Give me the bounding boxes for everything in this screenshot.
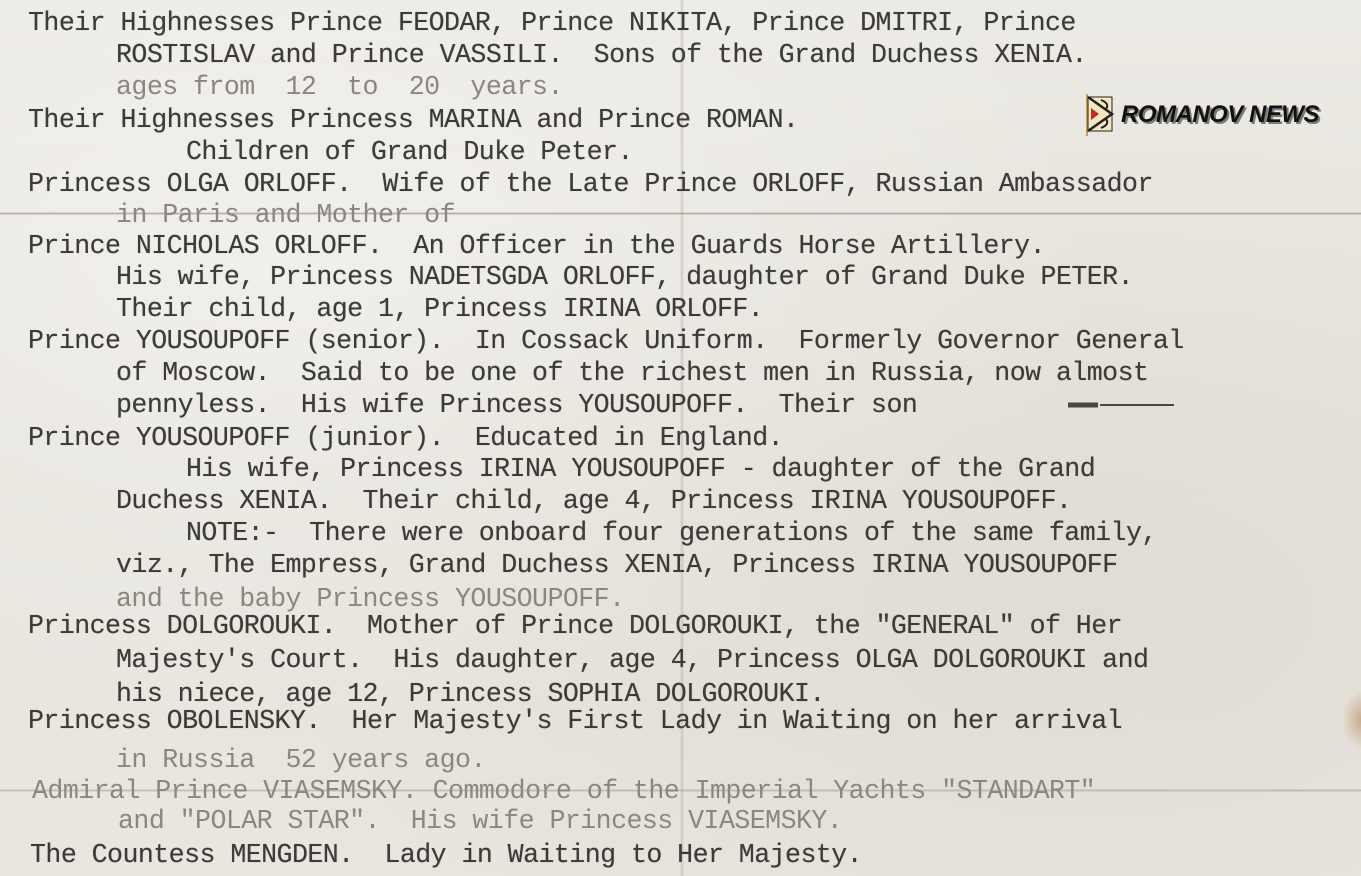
- document-page: Their Highnesses Prince FEODAR, Prince N…: [0, 0, 1361, 876]
- doc-line-20: Princess DOLGOROUKI. Mother of Prince DO…: [28, 611, 1122, 641]
- doc-line-25: Admiral Prince VIASEMSKY. Commodore of t…: [32, 776, 1095, 806]
- doc-line-6: Princess OLGA ORLOFF. Wife of the Late P…: [28, 169, 1153, 199]
- doc-line-17: NOTE:- There were onboard four generatio…: [186, 518, 1157, 548]
- doc-line-12: of Moscow. Said to be one of the richest…: [116, 358, 1148, 388]
- struck-out-text: [1068, 400, 1174, 410]
- doc-line-10: Their child, age 1, Princess IRINA ORLOF…: [116, 294, 763, 324]
- doc-line-11: Prince YOUSOUPOFF (senior). In Cossack U…: [28, 326, 1184, 356]
- doc-line-19: and the baby Princess YOUSOUPOFF.: [116, 584, 625, 614]
- imperial-standard-flag-icon: [1085, 94, 1115, 136]
- watermark-text: ROMANOV NEWS: [1121, 101, 1319, 129]
- doc-line-18: viz., The Empress, Grand Duchess XENIA, …: [116, 550, 1118, 580]
- doc-line-2: ROSTISLAV and Prince VASSILI. Sons of th…: [116, 40, 1087, 70]
- doc-line-9: His wife, Princess NADETSGDA ORLOFF, dau…: [116, 262, 1133, 292]
- doc-line-21: Majesty's Court. His daughter, age 4, Pr…: [116, 645, 1148, 675]
- doc-line-4: Their Highnesses Princess MARINA and Pri…: [28, 105, 798, 135]
- paper-stain: [1342, 690, 1361, 750]
- doc-line-13: pennyless. His wife Princess YOUSOUPOFF.…: [116, 390, 917, 420]
- doc-line-23: Princess OBOLENSKY. Her Majesty's First …: [28, 706, 1122, 736]
- doc-line-7: in Paris and Mother of: [116, 200, 455, 230]
- doc-line-14: Prince YOUSOUPOFF (junior). Educated in …: [28, 423, 783, 453]
- doc-line-1: Their Highnesses Prince FEODAR, Prince N…: [28, 8, 1076, 38]
- doc-line-15: His wife, Princess IRINA YOUSOUPOFF - da…: [186, 454, 1095, 484]
- doc-line-27: The Countess MENGDEN. Lady in Waiting to…: [30, 840, 862, 870]
- doc-line-22: his niece, age 12, Princess SOPHIA DOLGO…: [116, 679, 825, 709]
- doc-line-16: Duchess XENIA. Their child, age 4, Princ…: [116, 486, 1071, 516]
- doc-line-24: in Russia 52 years ago.: [116, 745, 486, 775]
- doc-line-3: ages from 12 to 20 years.: [116, 72, 563, 102]
- romanov-news-watermark: ROMANOV NEWS: [1085, 93, 1319, 137]
- doc-line-8: Prince NICHOLAS ORLOFF. An Officer in th…: [28, 231, 1045, 261]
- doc-line-5: Children of Grand Duke Peter.: [186, 137, 633, 167]
- doc-line-26: and "POLAR STAR". His wife Princess VIAS…: [118, 806, 842, 836]
